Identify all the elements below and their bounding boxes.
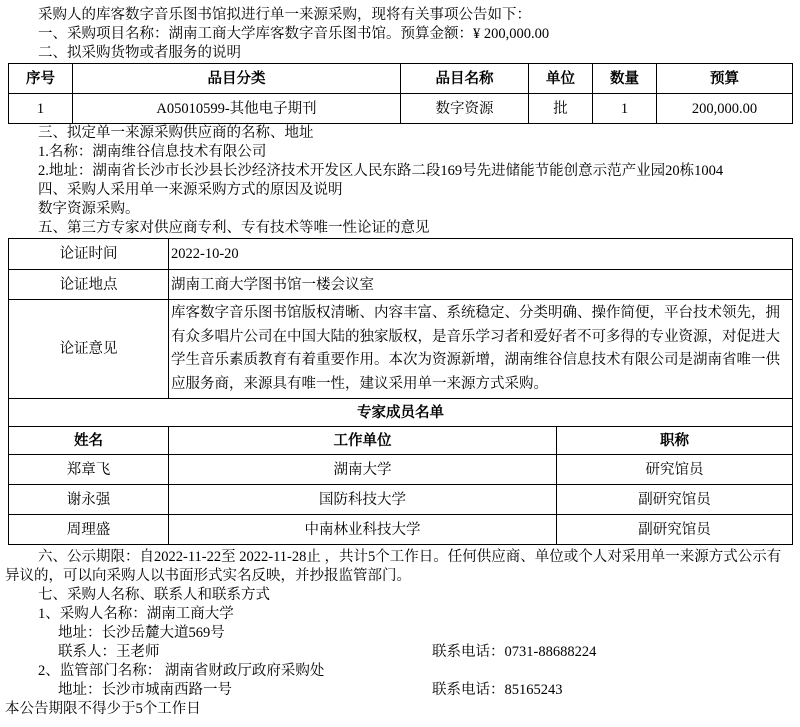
expert-name: 周理盛 — [9, 515, 169, 545]
expert-org: 湖南大学 — [169, 455, 557, 485]
purchaser-contact-row: 联系人：王老师 联系电话：0731-88688224 — [5, 643, 795, 662]
items-table: 序号 品目分类 品目名称 单位 数量 预算 1 A05010599-其他电子期刊… — [8, 63, 793, 124]
expert-row: 郑章飞 湖南大学 研究馆员 — [9, 455, 793, 485]
items-header-qty: 数量 — [593, 64, 657, 94]
items-table-row: 1 A05010599-其他电子期刊 数字资源 批 1 200,000.00 — [9, 94, 793, 124]
expert-org: 中南林业科技大学 — [169, 515, 557, 545]
footer-note: 本公告期限不得少于5个工作日 — [5, 700, 795, 719]
item-category: A05010599-其他电子期刊 — [73, 94, 401, 124]
item-qty: 1 — [593, 94, 657, 124]
supplier-address-line: 2.地址：湖南省长沙市长沙县长沙经济技术开发区人民东路二段169号先进储能节能创… — [5, 162, 795, 181]
item-name: 数字资源 — [401, 94, 529, 124]
items-header-unit: 单位 — [529, 64, 593, 94]
section-2-heading: 二、拟采购货物或者服务的说明 — [5, 44, 795, 63]
purchaser-address-line: 地址：长沙岳麓大道569号 — [5, 624, 795, 643]
demonstration-place-row: 论证地点 湖南工商大学图书馆一楼会议室 — [9, 270, 793, 300]
experts-header-org: 工作单位 — [169, 427, 557, 455]
section-3-heading: 三、拟定单一来源采购供应商的名称、地址 — [5, 124, 795, 143]
experts-title-row: 专家成员名单 — [9, 399, 793, 427]
purchaser-phone: 联系电话：0731-88688224 — [432, 643, 596, 662]
section-4-body: 数字资源采购。 — [5, 200, 795, 219]
experts-header-row: 姓名 工作单位 职称 — [9, 427, 793, 455]
demonstration-opinion-value: 库客数字音乐图书馆版权清晰、内容丰富、系统稳定、分类明确、操作简便，平台技术领先… — [169, 300, 793, 399]
expert-row: 周理盛 中南林业科技大学 副研究馆员 — [9, 515, 793, 545]
intro-paragraph: 采购人的库客数字音乐图书馆拟进行单一来源采购，现将有关事项公告如下： — [5, 6, 795, 25]
regulator-name-line: 2、监管部门名称： 湖南省财政厅政府采购处 — [5, 662, 795, 681]
demonstration-time-row: 论证时间 2022-10-20 — [9, 239, 793, 270]
items-table-header-row: 序号 品目分类 品目名称 单位 数量 预算 — [9, 64, 793, 94]
expert-org: 国防科技大学 — [169, 485, 557, 515]
demonstration-place-value: 湖南工商大学图书馆一楼会议室 — [169, 270, 793, 300]
supplier-name-line: 1.名称：湖南维谷信息技术有限公司 — [5, 143, 795, 162]
items-header-seq: 序号 — [9, 64, 73, 94]
expert-name: 郑章飞 — [9, 455, 169, 485]
experts-header-title: 职称 — [557, 427, 793, 455]
section-5-heading: 五、第三方专家对供应商专利、专有技术等唯一性论证的意见 — [5, 219, 795, 238]
demonstration-opinion-label: 论证意见 — [9, 300, 169, 399]
section-7-heading: 七、采购人名称、联系人和联系方式 — [5, 586, 795, 605]
demonstration-time-value: 2022-10-20 — [169, 239, 793, 270]
item-budget: 200,000.00 — [657, 94, 793, 124]
section-1-project-name: 一、采购项目名称：湖南工商大学库客数字音乐图书馆。预算金额：¥ 200,000.… — [5, 25, 795, 44]
items-header-category: 品目分类 — [73, 64, 401, 94]
expert-title: 研究馆员 — [557, 455, 793, 485]
demonstration-opinion-row: 论证意见 库客数字音乐图书馆版权清晰、内容丰富、系统稳定、分类明确、操作简便，平… — [9, 300, 793, 399]
regulator-phone: 联系电话：85165243 — [432, 681, 563, 700]
expert-title: 副研究馆员 — [557, 485, 793, 515]
items-header-name: 品目名称 — [401, 64, 529, 94]
regulator-address-row: 地址：长沙市城南西路一号 联系电话：85165243 — [5, 681, 795, 700]
items-header-budget: 预算 — [657, 64, 793, 94]
experts-header-name: 姓名 — [9, 427, 169, 455]
expert-title: 副研究馆员 — [557, 515, 793, 545]
purchaser-contact-person: 联系人：王老师 — [5, 643, 160, 662]
procurement-announcement-document: 采购人的库客数字音乐图书馆拟进行单一来源采购，现将有关事项公告如下： 一、采购项… — [0, 0, 800, 727]
demonstration-table: 论证时间 2022-10-20 论证地点 湖南工商大学图书馆一楼会议室 论证意见… — [8, 238, 793, 545]
experts-title: 专家成员名单 — [9, 399, 793, 427]
section-6-publicity-period: 六、公示期限：自2022-11-22至 2022-11-28止 ，共计5个工作日… — [5, 548, 795, 586]
item-unit: 批 — [529, 94, 593, 124]
section-4-heading: 四、采购人采用单一来源采购方式的原因及说明 — [5, 181, 795, 200]
item-seq: 1 — [9, 94, 73, 124]
demonstration-time-label: 论证时间 — [9, 239, 169, 270]
regulator-address-line: 地址：长沙市城南西路一号 — [5, 681, 232, 700]
expert-name: 谢永强 — [9, 485, 169, 515]
demonstration-place-label: 论证地点 — [9, 270, 169, 300]
purchaser-name-line: 1、采购人名称：湖南工商大学 — [5, 605, 795, 624]
expert-row: 谢永强 国防科技大学 副研究馆员 — [9, 485, 793, 515]
